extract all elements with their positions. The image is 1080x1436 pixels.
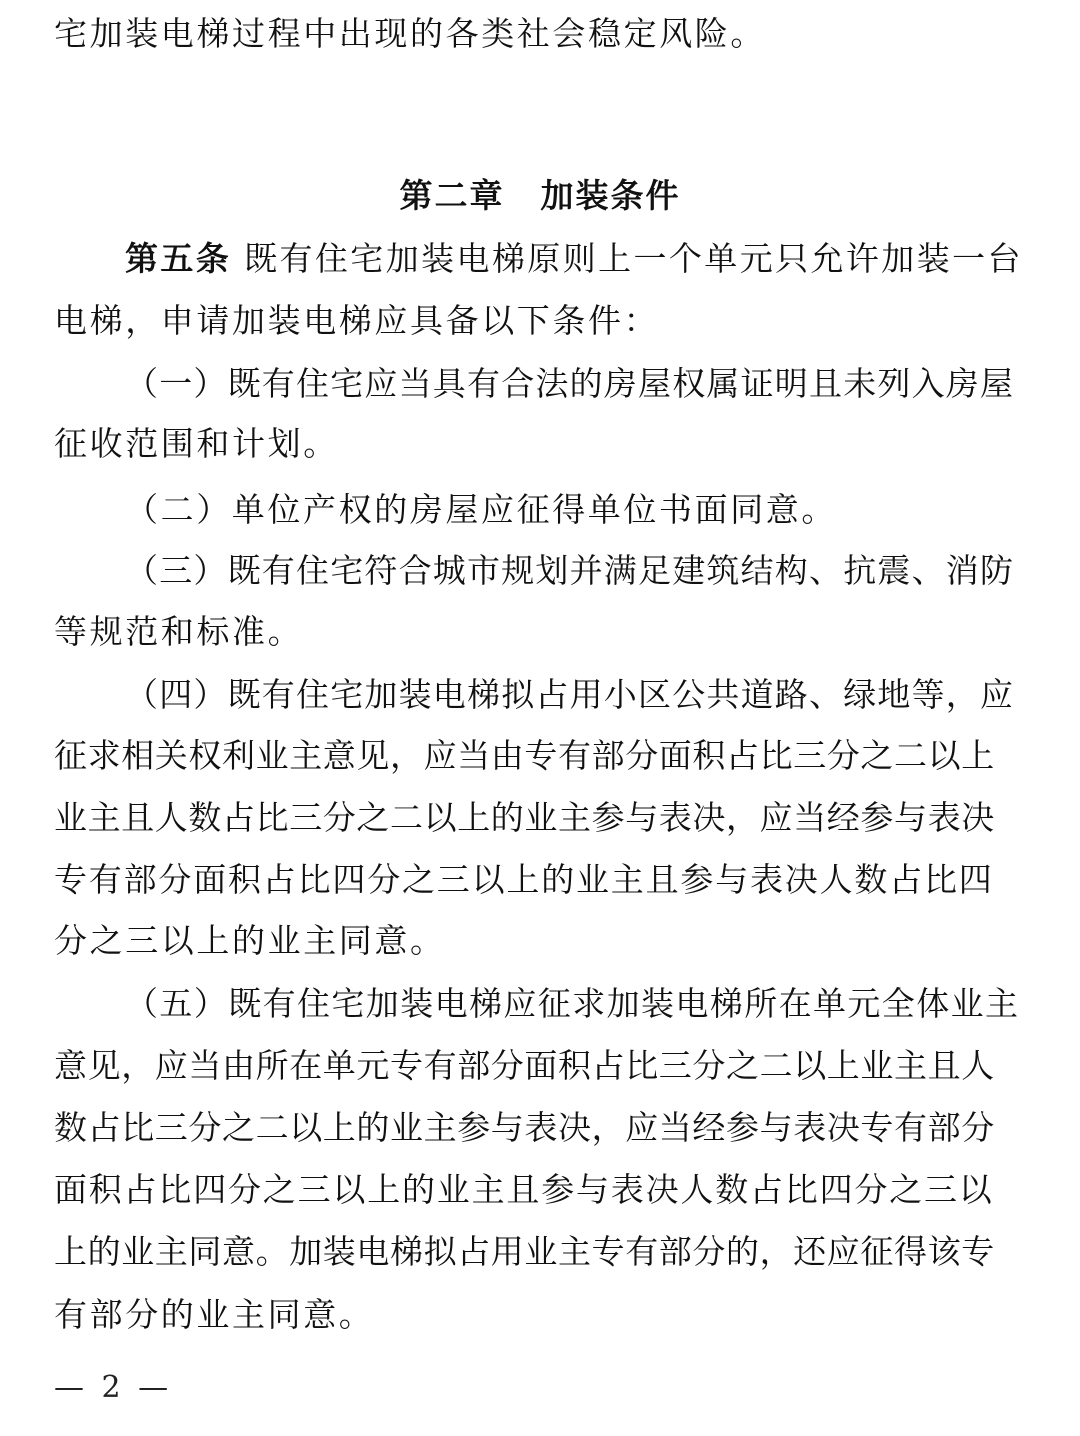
page-number: — 2 — xyxy=(54,1368,172,1408)
item-4-line-5: 分之三以上的业主同意。 xyxy=(54,919,1026,963)
item-2-line-1: （二）单位产权的房屋应征得单位书面同意。 xyxy=(125,488,1025,532)
paragraph-line-intro-tail: 宅加装电梯过程中出现的各类社会稳定风险。 xyxy=(54,12,1026,56)
item-5-line-3: 数占比三分之二以上的业主参与表决，应当经参与表决专有部分 xyxy=(54,1106,1026,1150)
item-3-line-1: （三）既有住宅符合城市规划并满足建筑结构、抗震、消防 xyxy=(125,549,1025,593)
chapter-heading: 第二章加装条件 xyxy=(0,174,1080,218)
chapter-number: 第二章 xyxy=(400,176,505,215)
item-5-line-1: （五）既有住宅加装电梯应征求加装电梯所在单元全体业主 xyxy=(125,982,1025,1026)
item-5-line-5: 上的业主同意。加装电梯拟占用业主专有部分的，还应征得该专 xyxy=(54,1230,1026,1274)
item-4-line-3: 业主且人数占比三分之二以上的业主参与表决，应当经参与表决 xyxy=(54,796,1026,840)
item-4-line-4: 专有部分面积占比四分之三以上的业主且参与表决人数占比四 xyxy=(54,858,1026,902)
item-1-line-1: （一）既有住宅应当具有合法的房屋权属证明且未列入房屋 xyxy=(125,362,1025,406)
item-3-line-2: 等规范和标准。 xyxy=(54,610,1026,654)
article-text: 既有住宅加装电梯原则上一个单元只允许加装一台 xyxy=(244,239,1023,278)
article-5-line-1: 第五条 既有住宅加装电梯原则上一个单元只允许加装一台 xyxy=(125,237,1025,281)
item-5-line-2: 意见，应当由所在单元专有部分面积占比三分之二以上业主且人 xyxy=(54,1044,1026,1088)
article-label: 第五条 xyxy=(125,239,231,278)
chapter-title: 加装条件 xyxy=(541,176,681,215)
item-1-line-2: 征收范围和计划。 xyxy=(54,422,1026,466)
item-4-line-2: 征求相关权利业主意见，应当由专有部分面积占比三分之二以上 xyxy=(54,734,1026,778)
item-5-line-4: 面积占比四分之三以上的业主且参与表决人数占比四分之三以 xyxy=(54,1168,1026,1212)
article-5-line-2: 电梯，申请加装电梯应具备以下条件： xyxy=(54,299,1026,343)
item-4-line-1: （四）既有住宅加装电梯拟占用小区公共道路、绿地等，应 xyxy=(125,673,1025,717)
item-5-line-6: 有部分的业主同意。 xyxy=(54,1293,1026,1337)
